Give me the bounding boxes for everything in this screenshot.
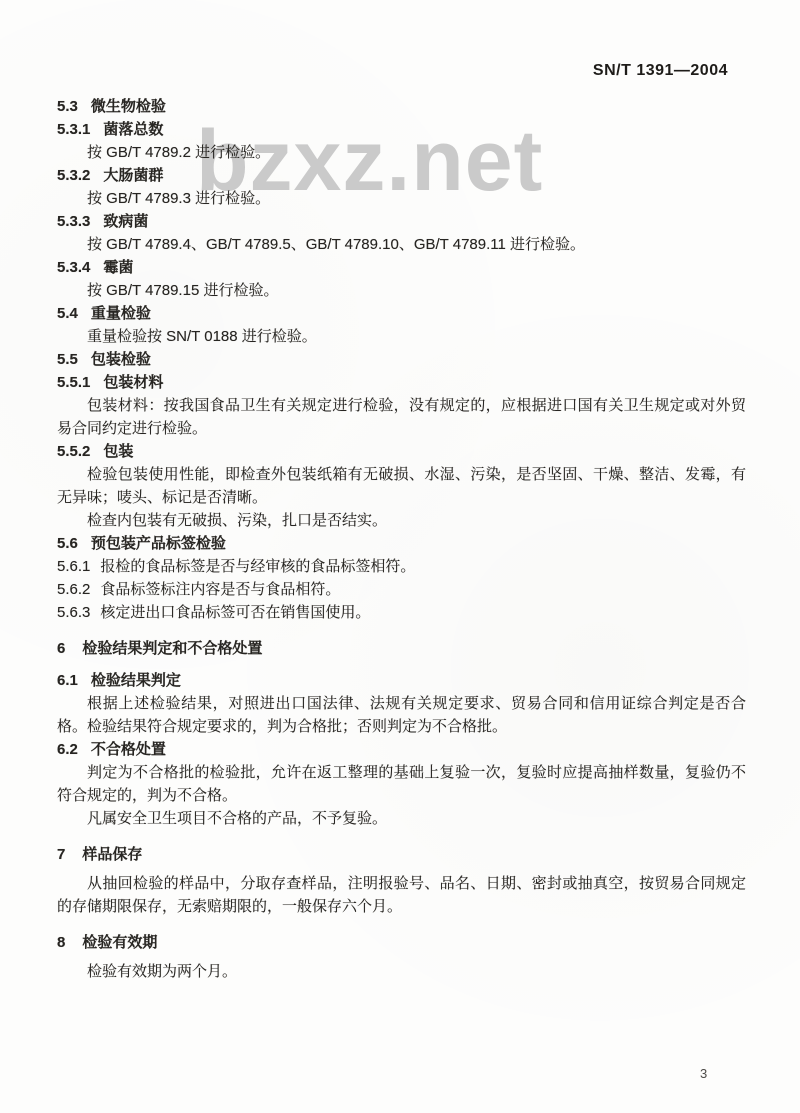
document-section: 5.5.1包装材料 包装材料：按我国食品卫生有关规定进行检验，没有规定的，应根据… <box>57 371 746 440</box>
section-title: 检验有效期 <box>82 934 157 951</box>
document-section: 5.3.4霉菌 按 GB/T 4789.15 进行检验。 <box>57 256 746 302</box>
section-number: 6.2 <box>57 738 78 761</box>
paragraph: 按 GB/T 4789.2 进行检验。 <box>57 141 746 164</box>
section-heading: 5.3.1菌落总数 <box>57 118 746 141</box>
section-heading: 5.3.3致病菌 <box>57 210 746 233</box>
section-title: 微生物检验 <box>91 98 166 115</box>
document-section: 5.3.2大肠菌群 按 GB/T 4789.3 进行检验。 <box>57 164 746 210</box>
section-title: 不合格处置 <box>91 741 166 758</box>
section-title: 核定进出口食品标签可否在销售国使用。 <box>100 604 370 621</box>
document-section: 5.5包装检验 <box>57 348 746 371</box>
section-heading: 5.5包装检验 <box>57 348 746 371</box>
document-section: 6检验结果判定和不合格处置 <box>57 637 746 660</box>
section-title: 食品标签标注内容是否与食品相符。 <box>100 581 340 598</box>
document-section: 5.6.2食品标签标注内容是否与食品相符。 <box>57 578 746 601</box>
section-heading: 5.6.2食品标签标注内容是否与食品相符。 <box>57 578 746 601</box>
paragraph: 按 GB/T 4789.3 进行检验。 <box>57 187 746 210</box>
document-section: 5.3微生物检验 <box>57 95 746 118</box>
section-heading: 6检验结果判定和不合格处置 <box>57 637 746 660</box>
document-body: 5.3微生物检验 5.3.1菌落总数 按 GB/T 4789.2 进行检验。 5… <box>0 0 800 992</box>
section-number: 7 <box>57 843 65 866</box>
paragraph: 按 GB/T 4789.4、GB/T 4789.5、GB/T 4789.10、G… <box>57 233 746 256</box>
section-heading: 5.3.2大肠菌群 <box>57 164 746 187</box>
section-number: 5.5.1 <box>57 371 90 394</box>
scanned-document-page: bzxz.net SN/T 1391—2004 5.3微生物检验 5.3.1菌落… <box>0 0 800 1113</box>
section-heading: 5.5.1包装材料 <box>57 371 746 394</box>
section-title: 菌落总数 <box>103 121 163 138</box>
paragraph: 按 GB/T 4789.15 进行检验。 <box>57 279 746 302</box>
section-number: 5.3.2 <box>57 164 90 187</box>
section-number: 5.6.1 <box>57 555 90 578</box>
document-section: 5.3.1菌落总数 按 GB/T 4789.2 进行检验。 <box>57 118 746 164</box>
section-title: 检验结果判定 <box>91 672 181 689</box>
section-title: 包装材料 <box>103 374 163 391</box>
section-title: 预包装产品标签检验 <box>91 535 226 552</box>
document-section: 6.2不合格处置 判定为不合格批的检验批，允许在返工整理的基础上复验一次，复验时… <box>57 738 746 830</box>
paragraph: 根据上述检验结果，对照进出口国法律、法规有关规定要求、贸易合同和信用证综合判定是… <box>57 692 746 738</box>
section-number: 5.4 <box>57 302 78 325</box>
section-heading: 7样品保存 <box>57 843 746 866</box>
document-section: 5.3.3致病菌 按 GB/T 4789.4、GB/T 4789.5、GB/T … <box>57 210 746 256</box>
section-heading: 5.4重量检验 <box>57 302 746 325</box>
section-title: 样品保存 <box>82 846 142 863</box>
section-title: 霉菌 <box>103 259 133 276</box>
paragraph: 检验包装使用性能，即检查外包装纸箱有无破损、水湿、污染，是否坚固、干燥、整洁、发… <box>57 463 746 509</box>
paragraph: 从抽回检验的样品中，分取存查样品，注明报验号、品名、日期、密封或抽真空，按贸易合… <box>57 872 746 918</box>
document-section: 5.5.2包装 检验包装使用性能，即检查外包装纸箱有无破损、水湿、污染，是否坚固… <box>57 440 746 532</box>
section-number: 8 <box>57 931 65 954</box>
page-number: 3 <box>700 1066 707 1081</box>
section-number: 5.5.2 <box>57 440 90 463</box>
paragraph: 重量检验按 SN/T 0188 进行检验。 <box>57 325 746 348</box>
section-title: 大肠菌群 <box>103 167 163 184</box>
section-number: 5.5 <box>57 348 78 371</box>
document-section: 6.1检验结果判定 根据上述检验结果，对照进出口国法律、法规有关规定要求、贸易合… <box>57 669 746 738</box>
paragraph: 凡属安全卫生项目不合格的产品，不予复验。 <box>57 807 746 830</box>
section-heading: 5.5.2包装 <box>57 440 746 463</box>
document-section: 5.6.1报检的食品标签是否与经审核的食品标签相符。 <box>57 555 746 578</box>
document-section: 5.6.3核定进出口食品标签可否在销售国使用。 <box>57 601 746 624</box>
section-heading: 5.6.1报检的食品标签是否与经审核的食品标签相符。 <box>57 555 746 578</box>
section-title: 包装 <box>103 443 133 460</box>
section-heading: 5.3.4霉菌 <box>57 256 746 279</box>
paragraph: 检查内包装有无破损、污染，扎口是否结实。 <box>57 509 746 532</box>
section-title: 检验结果判定和不合格处置 <box>82 640 262 657</box>
paragraph: 检验有效期为两个月。 <box>57 960 746 983</box>
section-heading: 5.6.3核定进出口食品标签可否在销售国使用。 <box>57 601 746 624</box>
section-title: 致病菌 <box>103 213 148 230</box>
section-number: 5.3.4 <box>57 256 90 279</box>
document-section: 7样品保存 从抽回检验的样品中，分取存查样品，注明报验号、品名、日期、密封或抽真… <box>57 843 746 918</box>
document-section: 8检验有效期 检验有效期为两个月。 <box>57 931 746 983</box>
section-number: 5.6.3 <box>57 601 90 624</box>
section-number: 5.3.1 <box>57 118 90 141</box>
document-section: 5.4重量检验 重量检验按 SN/T 0188 进行检验。 <box>57 302 746 348</box>
document-section: 5.6预包装产品标签检验 <box>57 532 746 555</box>
section-number: 5.6.2 <box>57 578 90 601</box>
section-heading: 6.2不合格处置 <box>57 738 746 761</box>
section-heading: 6.1检验结果判定 <box>57 669 746 692</box>
paragraph: 判定为不合格批的检验批，允许在返工整理的基础上复验一次，复验时应提高抽样数量，复… <box>57 761 746 807</box>
section-number: 5.6 <box>57 532 78 555</box>
paragraph: 包装材料：按我国食品卫生有关规定进行检验，没有规定的，应根据进口国有关卫生规定或… <box>57 394 746 440</box>
section-number: 6 <box>57 637 65 660</box>
section-title: 包装检验 <box>91 351 151 368</box>
section-heading: 5.3微生物检验 <box>57 95 746 118</box>
section-number: 5.3 <box>57 95 78 118</box>
section-heading: 8检验有效期 <box>57 931 746 954</box>
section-title: 重量检验 <box>91 305 151 322</box>
section-heading: 5.6预包装产品标签检验 <box>57 532 746 555</box>
section-title: 报检的食品标签是否与经审核的食品标签相符。 <box>100 558 415 575</box>
section-number: 6.1 <box>57 669 78 692</box>
section-number: 5.3.3 <box>57 210 90 233</box>
